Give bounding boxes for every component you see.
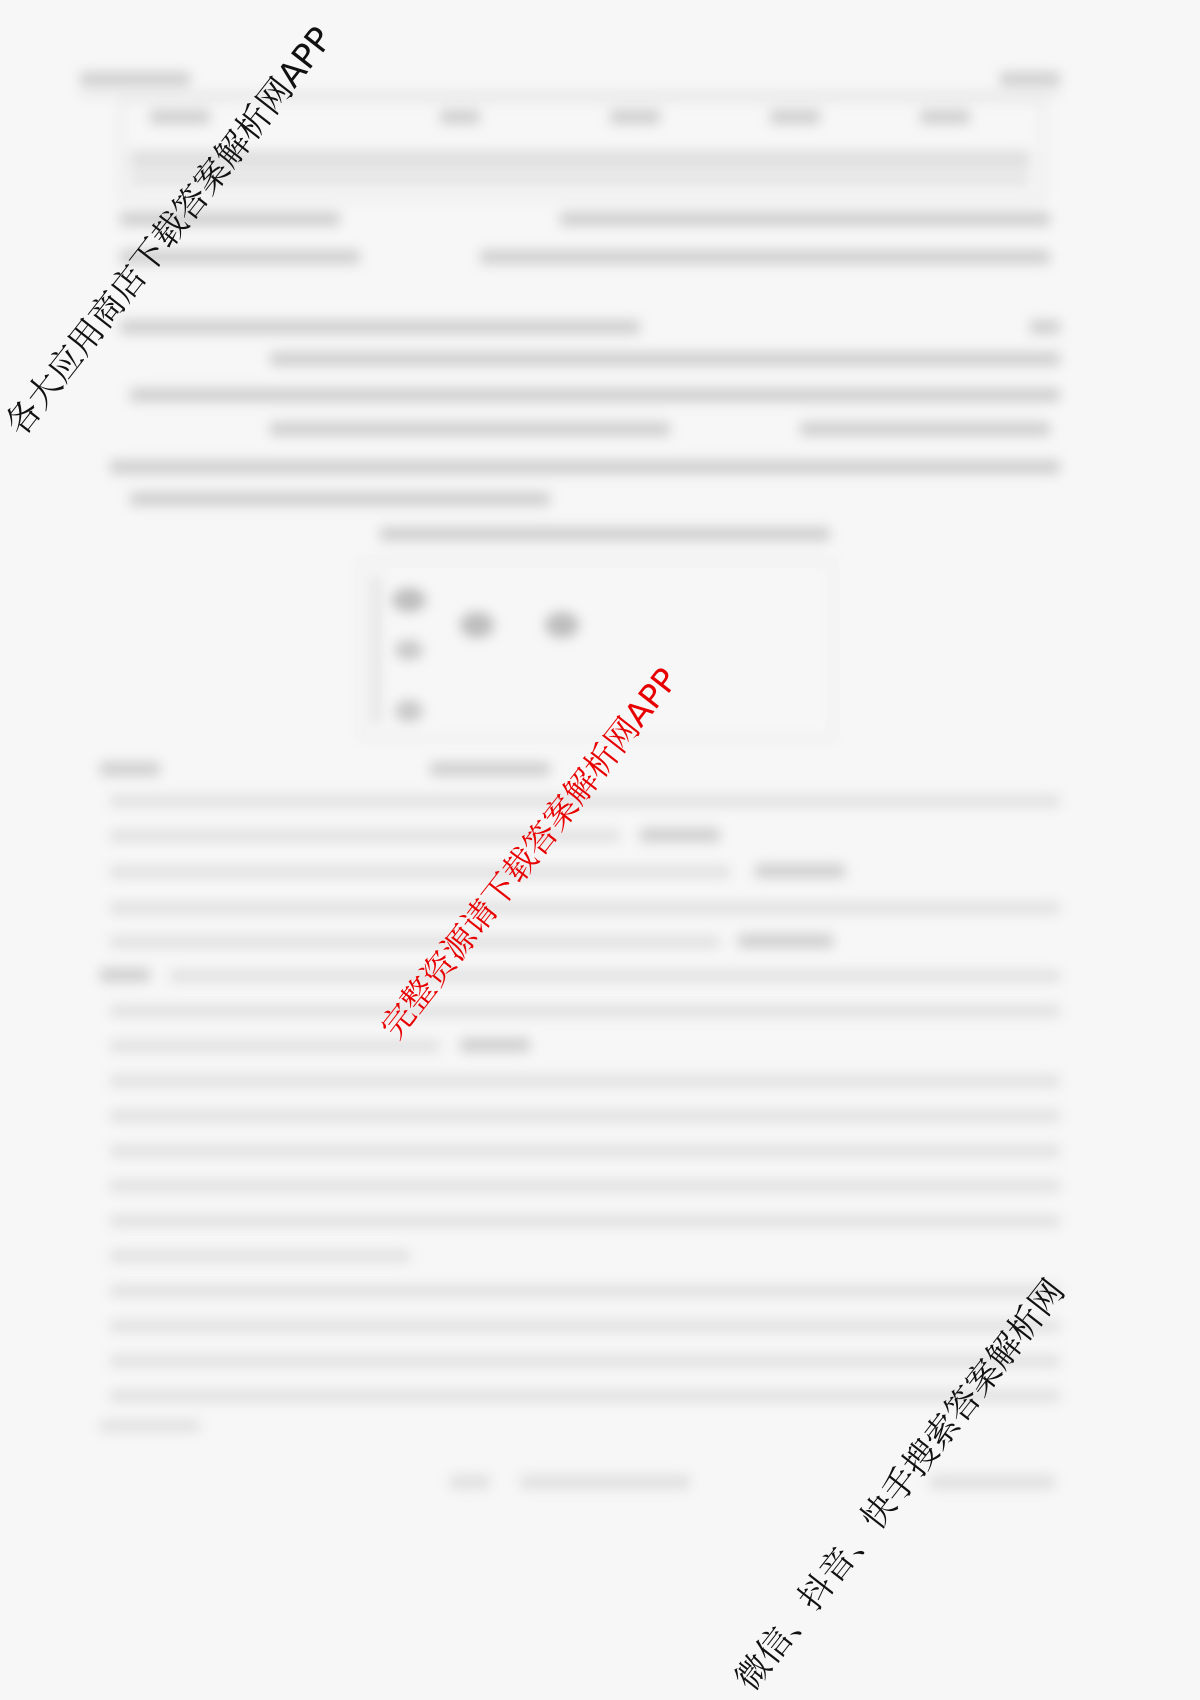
text-line <box>110 1320 1060 1332</box>
text-line <box>430 762 550 776</box>
text-line <box>110 460 1060 474</box>
text-line <box>110 1005 1060 1017</box>
figure <box>360 560 834 739</box>
footer-text <box>450 1475 490 1489</box>
text-line <box>460 1038 530 1052</box>
header-right <box>1000 72 1060 86</box>
figure-mark <box>460 612 494 638</box>
text-line <box>738 934 833 948</box>
table-header-cell <box>440 110 480 124</box>
text-line <box>110 1075 1060 1087</box>
text-line <box>110 1355 1060 1367</box>
table-header-cell <box>610 110 660 124</box>
figure-axis <box>372 575 380 725</box>
table-row <box>130 175 1030 185</box>
text-line <box>640 828 720 842</box>
table-header-cell <box>770 110 820 124</box>
text-line <box>110 936 720 948</box>
text-line <box>110 1390 1060 1402</box>
text-line <box>110 1145 1060 1157</box>
text-line <box>100 968 150 982</box>
footer-text <box>520 1475 690 1489</box>
figure-mark <box>392 588 426 612</box>
text-line <box>110 1215 1060 1227</box>
text-line <box>100 1420 200 1432</box>
blurred-document-page <box>0 0 1200 1700</box>
text-line <box>110 902 1060 914</box>
text-line <box>170 970 1060 982</box>
text-line <box>100 762 160 776</box>
text-line <box>755 864 845 878</box>
figure-mark <box>395 700 423 722</box>
figure-mark <box>395 640 423 660</box>
table-header-cell <box>150 110 210 124</box>
text-line <box>110 1285 1060 1297</box>
text-line <box>110 1040 440 1052</box>
text-line <box>270 422 670 436</box>
text-line <box>270 352 1060 366</box>
header-rule <box>80 92 1060 96</box>
text-line <box>110 1110 1060 1122</box>
figure-mark <box>545 612 579 638</box>
text-line <box>130 492 550 506</box>
text-line <box>480 250 1050 264</box>
text-line <box>130 388 1060 402</box>
text-line <box>110 1180 1060 1192</box>
footer-text <box>930 1475 1055 1489</box>
table-header-cell <box>920 110 970 124</box>
text-line <box>800 422 1050 436</box>
text-line <box>560 212 1050 226</box>
text-line <box>120 320 640 334</box>
text-line <box>110 1250 410 1262</box>
table-row <box>130 150 1030 170</box>
figure-caption <box>380 527 830 541</box>
header-left <box>80 72 190 86</box>
text-line <box>1030 320 1060 334</box>
text-line <box>110 866 730 878</box>
